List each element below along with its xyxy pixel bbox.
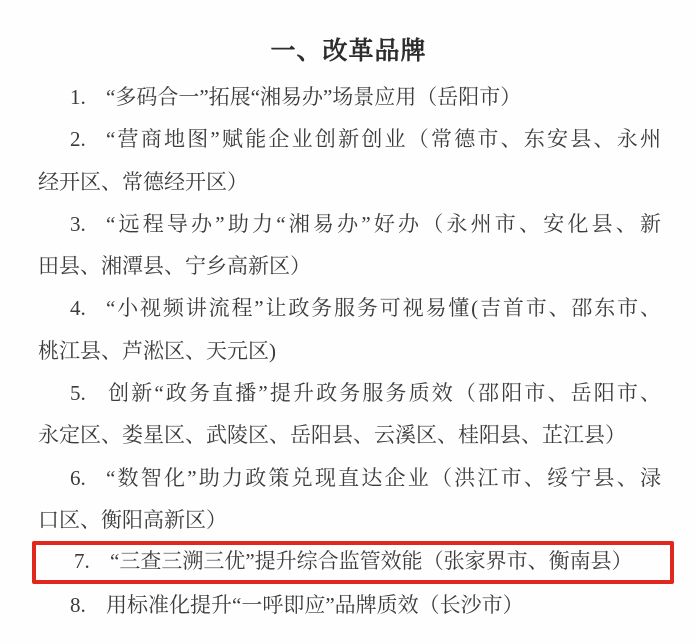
item-number: 1.: [70, 76, 106, 118]
item-text-continued: 永定区、娄星区、武陵区、岳阳县、云溪区、桂阳县、芷江县）: [38, 423, 626, 447]
list-item: 1.“多码合一”拓展“湘易办”场景应用（岳阳市）: [38, 76, 661, 118]
item-text: “数智化”助力政策兑现直达企业（洪江市、绥宁县、渌: [106, 466, 661, 490]
list-item: 8.用标准化提升“一呼即应”品牌质效（长沙市）: [38, 584, 661, 626]
section-title: 一、改革品牌: [0, 36, 697, 66]
item-text: “三查三溯三优”提升综合监管效能（张家界市、衡南县）: [110, 549, 633, 573]
item-line: 8.用标准化提升“一呼即应”品牌质效（长沙市）: [38, 584, 661, 626]
item-number: 5.: [70, 372, 106, 414]
item-line: 6.“数智化”助力政策兑现直达企业（洪江市、绥宁县、渌: [38, 457, 661, 499]
item-line: 2.“营商地图”赋能企业创新创业（常德市、东安县、永州: [38, 118, 661, 160]
document-page: 一、改革品牌 1.“多码合一”拓展“湘易办”场景应用（岳阳市）2.“营商地图”赋…: [0, 0, 697, 644]
list-item-highlighted: 7.“三查三溯三优”提升综合监管效能（张家界市、衡南县）: [38, 541, 661, 583]
item-text: 用标准化提升“一呼即应”品牌质效（长沙市）: [106, 593, 524, 617]
item-number: 4.: [70, 287, 106, 329]
item-number: 6.: [70, 457, 106, 499]
item-number: 2.: [70, 118, 106, 160]
item-text-continued: 桃江县、芦淞区、天元区): [38, 339, 276, 363]
item-line: 桃江县、芦淞区、天元区): [38, 330, 661, 372]
brand-list: 1.“多码合一”拓展“湘易办”场景应用（岳阳市）2.“营商地图”赋能企业创新创业…: [38, 76, 661, 626]
item-line: 1.“多码合一”拓展“湘易办”场景应用（岳阳市）: [38, 76, 661, 118]
list-item: 3.“远程导办”助力“湘易办”好办（永州市、安化县、新田县、湘潭县、宁乡高新区）: [38, 203, 661, 288]
item-line: 经开区、常德经开区）: [38, 161, 661, 203]
item-line: 永定区、娄星区、武陵区、岳阳县、云溪区、桂阳县、芷江县）: [38, 414, 661, 456]
item-line: 5.创新“政务直播”提升政务服务质效（邵阳市、岳阳市、: [38, 372, 661, 414]
list-item: 6.“数智化”助力政策兑现直达企业（洪江市、绥宁县、渌口区、衡阳高新区）: [38, 457, 661, 542]
item-text-continued: 口区、衡阳高新区）: [38, 508, 227, 532]
list-item: 2.“营商地图”赋能企业创新创业（常德市、东安县、永州经开区、常德经开区）: [38, 118, 661, 203]
item-text: 创新“政务直播”提升政务服务质效（邵阳市、岳阳市、: [106, 381, 661, 405]
item-text-continued: 田县、湘潭县、宁乡高新区）: [38, 254, 311, 278]
item-text: “远程导办”助力“湘易办”好办（永州市、安化县、新: [106, 212, 661, 236]
list-item: 4.“小视频讲流程”让政务服务可视易懂(吉首市、邵东市、桃江县、芦淞区、天元区): [38, 287, 661, 372]
list-item: 5.创新“政务直播”提升政务服务质效（邵阳市、岳阳市、永定区、娄星区、武陵区、岳…: [38, 372, 661, 457]
item-line: 3.“远程导办”助力“湘易办”好办（永州市、安化县、新: [38, 203, 661, 245]
highlight-box: 7.“三查三溯三优”提升综合监管效能（张家界市、衡南县）: [32, 541, 674, 583]
item-text: “小视频讲流程”让政务服务可视易懂(吉首市、邵东市、: [106, 296, 661, 320]
item-number: 7.: [74, 545, 110, 578]
item-number: 8.: [70, 584, 106, 626]
item-text: “多码合一”拓展“湘易办”场景应用（岳阳市）: [106, 85, 521, 109]
item-text: “营商地图”赋能企业创新创业（常德市、东安县、永州: [106, 127, 661, 151]
item-line: 4.“小视频讲流程”让政务服务可视易懂(吉首市、邵东市、: [38, 287, 661, 329]
item-line: 口区、衡阳高新区）: [38, 499, 661, 541]
item-text-continued: 经开区、常德经开区）: [38, 170, 248, 194]
item-number: 3.: [70, 203, 106, 245]
item-line: 田县、湘潭县、宁乡高新区）: [38, 245, 661, 287]
